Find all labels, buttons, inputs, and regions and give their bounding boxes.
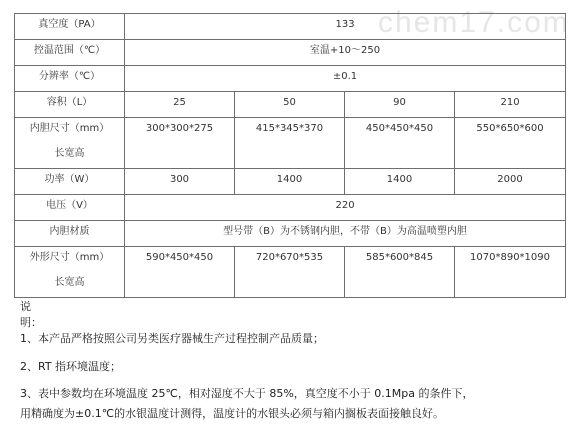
cell: 300 — [125, 169, 235, 195]
row-value: 133 — [125, 14, 566, 40]
row-label: 电压（V） — [15, 195, 125, 221]
row-value: 220 — [125, 195, 566, 221]
row-label-line2: 长宽高 — [17, 146, 122, 161]
cell: 590*450*450 — [125, 247, 235, 298]
row-label-line1: 外形尺寸（mm） — [30, 252, 109, 263]
row-label: 真空度（PA） — [15, 14, 125, 40]
row-label: 外形尺寸（mm） 长宽高 — [15, 247, 125, 298]
row-label: 内胆材质 — [15, 221, 125, 247]
table-row-outer-size: 外形尺寸（mm） 长宽高 590*450*450 720*670*535 585… — [15, 247, 566, 298]
cell: 585*600*845 — [345, 247, 455, 298]
row-label: 分辨率（℃） — [15, 66, 125, 92]
cell: 50 — [235, 92, 345, 118]
table-row-power: 功率（W） 300 1400 1400 2000 — [15, 169, 566, 195]
cell: 1400 — [345, 169, 455, 195]
note-item: 3、表中参数均在环境温度 25℃，相对湿度不大于 85%，真空度不小于 0.1M… — [20, 385, 474, 401]
row-label: 内胆尺寸（mm） 长宽高 — [15, 118, 125, 169]
row-value: 型号带（B）为不锈钢内胆，不带（B）为高温喷塑内胆 — [125, 221, 566, 247]
note-item: 2、RT 指环境温度； — [20, 358, 121, 374]
table-row-voltage: 电压（V） 220 — [15, 195, 566, 221]
table-row-resolution: 分辨率（℃） ±0.1 — [15, 66, 566, 92]
cell: 1070*890*1090 — [455, 247, 566, 298]
note-item: 1、本产品严格按照公司另类医疗器械生产过程控制产品质量； — [20, 330, 324, 346]
table-row-inner-size: 内胆尺寸（mm） 长宽高 300*300*275 415*345*370 450… — [15, 118, 566, 169]
row-value: 室温+10～250 — [125, 40, 566, 66]
row-label: 功率（W） — [15, 169, 125, 195]
cell: 550*650*600 — [455, 118, 566, 169]
row-label-line1: 内胆尺寸（mm） — [30, 123, 109, 134]
row-label-line2: 长宽高 — [17, 275, 122, 290]
note-item: 用精确度为±0.1℃的水银温度计测得，温度计的水银头必须与箱内搁板表面接触良好。 — [20, 405, 444, 421]
notes-title: 说明： — [20, 298, 42, 330]
cell: 90 — [345, 92, 455, 118]
cell: 1400 — [235, 169, 345, 195]
row-value: ±0.1 — [125, 66, 566, 92]
cell: 300*300*275 — [125, 118, 235, 169]
table-row-temp-range: 控温范围（℃） 室温+10～250 — [15, 40, 566, 66]
table-row-vacuum: 真空度（PA） 133 — [15, 14, 566, 40]
cell: 210 — [455, 92, 566, 118]
cell: 2000 — [455, 169, 566, 195]
spec-table: 真空度（PA） 133 控温范围（℃） 室温+10～250 分辨率（℃） ±0.… — [14, 13, 566, 298]
row-label: 容积（L） — [15, 92, 125, 118]
row-label: 控温范围（℃） — [15, 40, 125, 66]
cell: 415*345*370 — [235, 118, 345, 169]
table-row-inner-material: 内胆材质 型号带（B）为不锈钢内胆，不带（B）为高温喷塑内胆 — [15, 221, 566, 247]
cell: 450*450*450 — [345, 118, 455, 169]
cell: 720*670*535 — [235, 247, 345, 298]
table-row-volume: 容积（L） 25 50 90 210 — [15, 92, 566, 118]
cell: 25 — [125, 92, 235, 118]
